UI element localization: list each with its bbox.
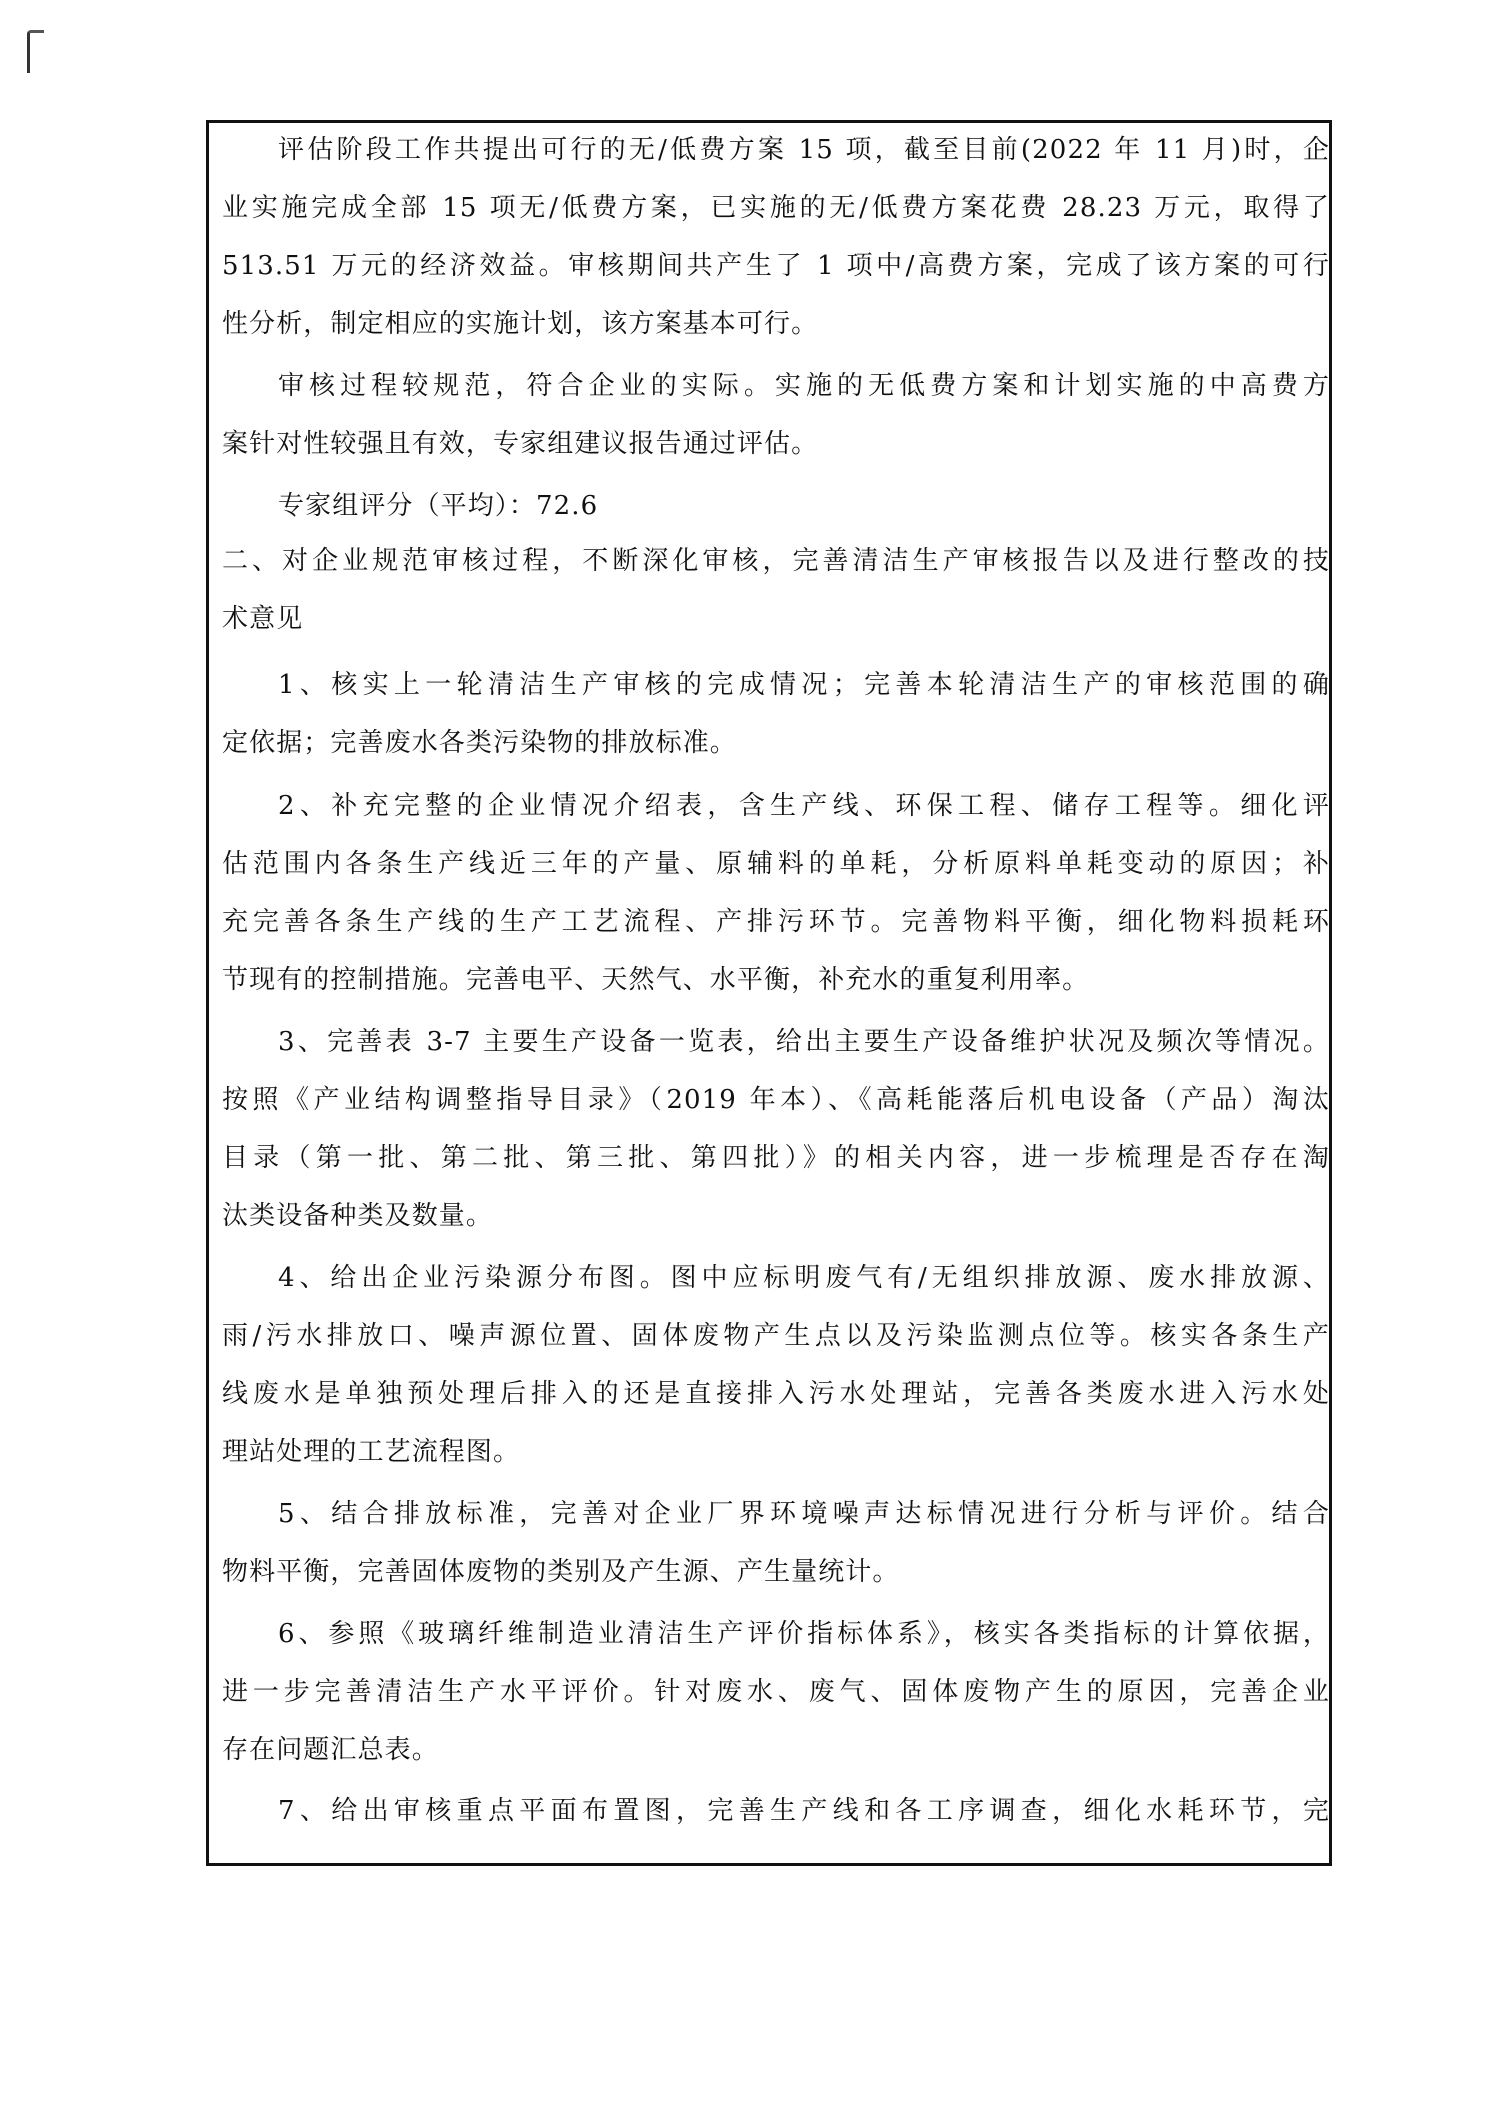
paragraph-line: 业实施完成全部 15 项无/低费方案，已实施的无/低费方案花费 28.23 万元…: [222, 188, 1330, 228]
expert-score-label: 专家组评分（平均）：: [278, 491, 536, 521]
item-line: 2、补充完整的企业情况介绍表，含生产线、环保工程、储存工程等。细化评: [222, 786, 1330, 826]
paragraph-line: 审核过程较规范，符合企业的实际。实施的无低费方案和计划实施的中高费方: [222, 366, 1330, 406]
item-line: 3、完善表 3-7 主要生产设备一览表，给出主要生产设备维护状况及频次等情况。: [222, 1022, 1330, 1062]
item-line: 节现有的控制措施。完善电平、天然气、水平衡，补充水的重复利用率。: [222, 960, 1330, 1000]
paragraph-line: 案针对性较强且有效，专家组建议报告通过评估。: [222, 424, 1330, 464]
item-line: 按照《产业结构调整指导目录》（2019 年本）、《高耗能落后机电设备（产品）淘汰: [222, 1080, 1330, 1120]
item-line: 充完善各条生产线的生产工艺流程、产排污环节。完善物料平衡，细化物料损耗环: [222, 902, 1330, 942]
item-line: 进一步完善清洁生产水平评价。针对废水、废气、固体废物产生的原因，完善企业: [222, 1672, 1330, 1712]
item-line: 雨/污水排放口、噪声源位置、固体废物产生点以及污染监测点位等。核实各条生产: [222, 1316, 1330, 1356]
item-line: 物料平衡，完善固体废物的类别及产生源、产生量统计。: [222, 1552, 1330, 1592]
item-line: 存在问题汇总表。: [222, 1730, 1330, 1770]
item-line: 1、核实上一轮清洁生产审核的完成情况；完善本轮清洁生产的审核范围的确: [222, 665, 1330, 705]
item-line: 估范围内各条生产线近三年的产量、原辅料的单耗，分析原料单耗变动的原因；补: [222, 844, 1330, 884]
paragraph-line: 性分析，制定相应的实施计划，该方案基本可行。: [222, 304, 1330, 344]
item-line: 5、结合排放标准，完善对企业厂界环境噪声达标情况进行分析与评价。结合: [222, 1494, 1330, 1534]
section-heading: 术意见: [222, 599, 1330, 639]
paragraph-line: 评估阶段工作共提出可行的无/低费方案 15 项，截至目前(2022 年 11 月…: [222, 130, 1330, 170]
section-heading: 二、对企业规范审核过程，不断深化审核，完善清洁生产审核报告以及进行整改的技: [222, 541, 1330, 581]
item-line: 7、给出审核重点平面布置图，完善生产线和各工序调查，细化水耗环节，完: [222, 1791, 1330, 1831]
item-line: 4、给出企业污染源分布图。图中应标明废气有/无组织排放源、废水排放源、: [222, 1258, 1330, 1298]
expert-score: 专家组评分（平均）：72.6: [222, 486, 1330, 526]
item-line: 理站处理的工艺流程图。: [222, 1432, 1330, 1472]
item-line: 6、参照《玻璃纤维制造业清洁生产评价指标体系》，核实各类指标的计算依据，: [222, 1614, 1330, 1654]
item-line: 目录（第一批、第二批、第三批、第四批）》的相关内容，进一步梳理是否存在淘: [222, 1138, 1330, 1178]
item-line: 汰类设备种类及数量。: [222, 1196, 1330, 1236]
item-line: 线废水是单独预处理后排入的还是直接排入污水处理站，完善各类废水进入污水处: [222, 1374, 1330, 1414]
scan-corner-mark: [27, 30, 44, 73]
expert-score-value: 72.6: [536, 491, 598, 521]
paragraph-line: 513.51 万元的经济效益。审核期间共产生了 1 项中/高费方案，完成了该方案…: [222, 246, 1330, 286]
item-line: 定依据；完善废水各类污染物的排放标准。: [222, 723, 1330, 763]
